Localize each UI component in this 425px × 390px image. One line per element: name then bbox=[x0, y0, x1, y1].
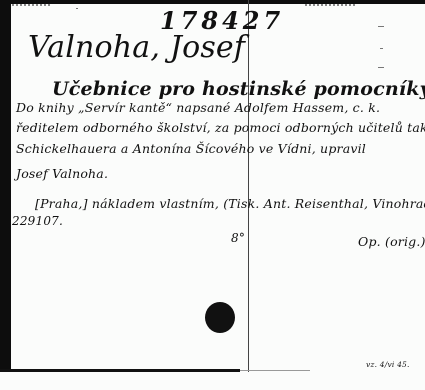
scan-speck bbox=[76, 8, 78, 9]
scan-speck bbox=[378, 67, 384, 68]
card-vertical-rule bbox=[248, 0, 249, 372]
card-top-edge-texture bbox=[305, 4, 355, 6]
card-bottom-edge-faint bbox=[240, 370, 310, 371]
description-line: Do knihy „Servír kantě“ napsané Adolfem … bbox=[16, 100, 380, 115]
description-line: Josef Valnoha. bbox=[16, 166, 108, 181]
description-line: ředitelem odborného školství, za pomoci … bbox=[16, 120, 425, 135]
card-top-edge bbox=[11, 0, 425, 4]
author-heading: Valnoha, Josef bbox=[28, 30, 245, 65]
imprint: [Praha,] nákladem vlastním, (Tisk. Ant. … bbox=[35, 196, 425, 211]
book-title: Učebnice pro hostinské pomocníky. bbox=[52, 78, 425, 100]
accession-number: 229107. bbox=[12, 214, 63, 228]
scan-speck bbox=[380, 48, 383, 49]
card-bottom-edge bbox=[0, 369, 240, 372]
binding-note: Op. (orig.) bbox=[358, 234, 425, 249]
card-left-edge bbox=[0, 0, 11, 372]
format-size: 8° bbox=[231, 231, 245, 245]
catalog-card: 178427 Valnoha, Josef Učebnice pro hosti… bbox=[0, 0, 425, 390]
description-line: Schickelhauera a Antonína Šícového ve Ví… bbox=[16, 141, 366, 156]
scan-speck bbox=[378, 26, 384, 27]
date-stamp: vz. 4/vi 45. bbox=[366, 360, 410, 369]
card-top-edge-texture bbox=[12, 4, 52, 6]
punch-hole bbox=[205, 302, 235, 333]
